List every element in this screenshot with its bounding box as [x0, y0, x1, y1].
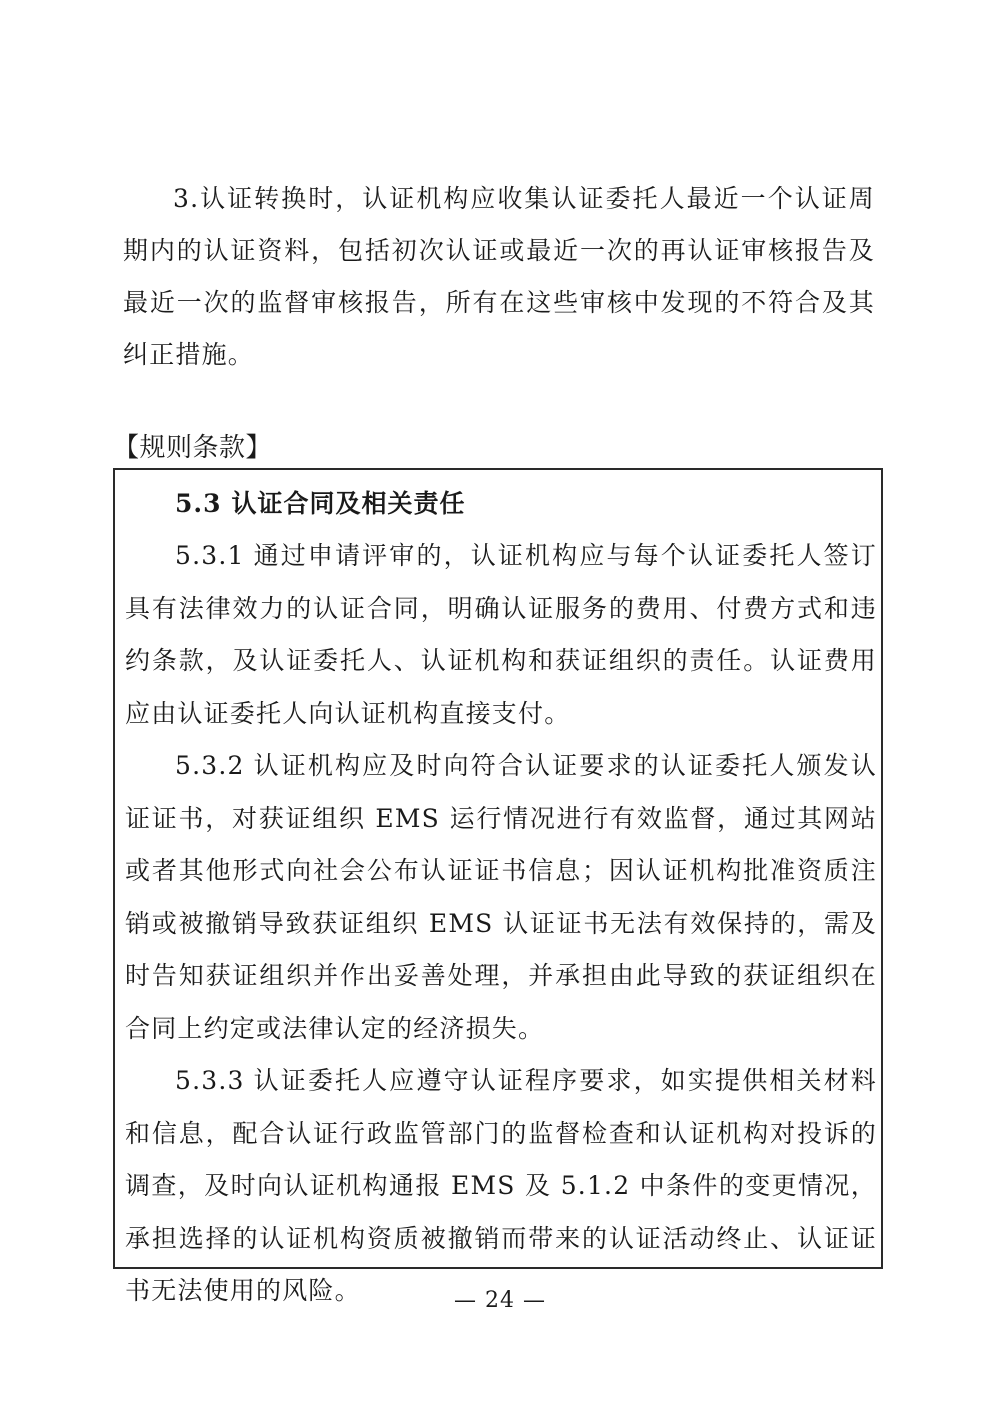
clause-number: 5.3.1: [175, 541, 245, 570]
clause-5-3-2: 5.3.2认证机构应及时向符合认证要求的认证委托人颁发认证证书，对获证组织 EM…: [125, 740, 877, 1055]
intro-paragraph: 3.认证转换时，认证机构应收集认证委托人最近一个认证周期内的认证资料，包括初次认…: [123, 173, 875, 381]
clause-text: 认证委托人应遵守认证程序要求，如实提供相关材料和信息，配合认证行政监管部门的监督…: [125, 1066, 877, 1305]
clause-number: 5.3.3: [175, 1066, 245, 1095]
document-page: 3.认证转换时，认证机构应收集认证委托人最近一个认证周期内的认证资料，包括初次认…: [0, 0, 1000, 1414]
clause-number: 5.3.2: [175, 751, 245, 780]
clause-5-3-1: 5.3.1通过申请评审的，认证机构应与每个认证委托人签订具有法律效力的认证合同，…: [125, 530, 877, 740]
section-label-rule-clauses: 【规则条款】: [113, 428, 272, 468]
page-number: — 24 —: [0, 1286, 1000, 1316]
section-number: 5.3: [175, 489, 222, 518]
clause-5-3-3: 5.3.3认证委托人应遵守认证程序要求，如实提供相关材料和信息，配合认证行政监管…: [125, 1055, 877, 1318]
rule-clause-content: 5.3认证合同及相关责任 5.3.1通过申请评审的，认证机构应与每个认证委托人签…: [125, 478, 877, 1318]
clause-section-title: 5.3认证合同及相关责任: [125, 478, 877, 530]
clause-text: 认证机构应及时向符合认证要求的认证委托人颁发认证证书，对获证组织 EMS 运行情…: [125, 751, 877, 1043]
section-title-text: 认证合同及相关责任: [232, 489, 466, 518]
rule-clause-box: 5.3认证合同及相关责任 5.3.1通过申请评审的，认证机构应与每个认证委托人签…: [113, 468, 883, 1269]
